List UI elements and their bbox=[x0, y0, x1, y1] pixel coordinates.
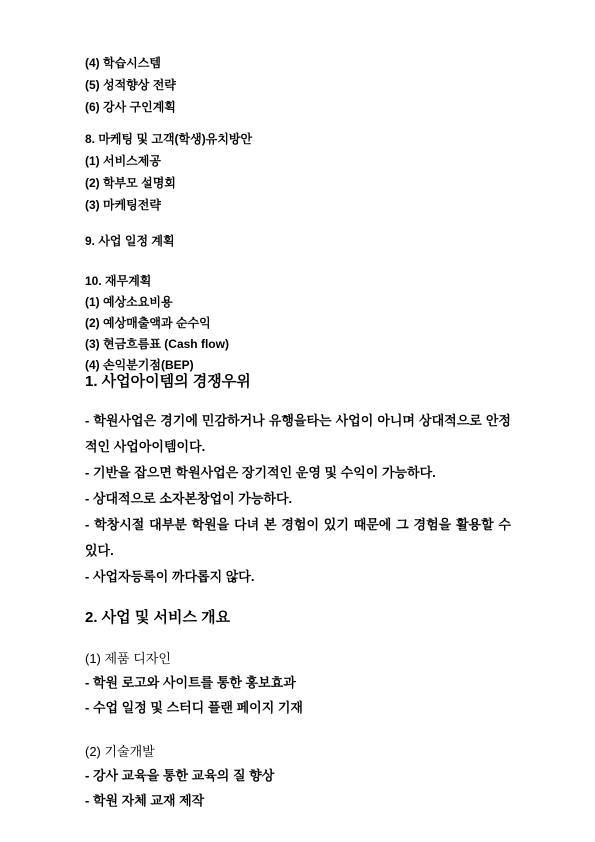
toc-section-10-heading: 10. 재무계획 bbox=[85, 270, 511, 292]
bullet-line: - 수업 일정 및 스터디 플랜 페이지 기재 bbox=[85, 695, 511, 720]
toc-section-8-heading: 8. 마케팅 및 고객(학생)유치방안 bbox=[85, 128, 511, 150]
toc-item: (2) 학부모 설명회 bbox=[85, 172, 511, 194]
bullet-line: - 학원 자체 교재 제작 bbox=[85, 788, 511, 813]
bullet-line: - 학창시절 대부분 학원을 다녀 본 경험이 있기 때문에 그 경험을 활용할… bbox=[85, 512, 511, 564]
toc-item: (1) 서비스제공 bbox=[85, 150, 511, 172]
toc-section-9-heading: 9. 사업 일정 계획 bbox=[85, 230, 511, 252]
toc-item: (2) 예상매출액과 순수익 bbox=[85, 313, 511, 334]
bullet-line: - 기반을 잡으면 학원사업은 장기적인 운영 및 수익이 가능하다. bbox=[85, 460, 511, 486]
section-1-heading: 1. 사업아이템의 경쟁우위 bbox=[85, 372, 511, 392]
subsection-1-bullets: - 학원 로고와 사이트를 통한 홍보효과 - 수업 일정 및 스터디 플랜 페… bbox=[85, 670, 511, 720]
section-2-heading: 2. 사업 및 서비스 개요 bbox=[85, 608, 511, 628]
bullet-line: - 사업자등록이 까다롭지 않다. bbox=[85, 564, 511, 590]
toc-outline: (4) 학습시스템 (5) 성적향상 전략 (6) 강사 구인계획 8. 마케팅… bbox=[85, 52, 511, 376]
document-page: (4) 학습시스템 (5) 성적향상 전략 (6) 강사 구인계획 8. 마케팅… bbox=[0, 0, 595, 842]
subsection-1-heading: (1) 제품 디자인 bbox=[85, 648, 511, 670]
bullet-line: - 상대적으로 소자본창업이 가능하다. bbox=[85, 486, 511, 512]
subsection-2-heading: (2) 기술개발 bbox=[85, 741, 511, 763]
bullet-line: - 강사 교육을 통한 교육의 질 향상 bbox=[85, 763, 511, 788]
section-1-bullets: - 학원사업은 경기에 민감하거나 유행을타는 사업이 아니며 상대적으로 안정… bbox=[85, 408, 511, 590]
toc-item: (1) 예상소요비용 bbox=[85, 292, 511, 313]
subsection-2-bullets: - 강사 교육을 통한 교육의 질 향상 - 학원 자체 교재 제작 bbox=[85, 763, 511, 813]
toc-item: (3) 현금흐름표 (Cash flow) bbox=[85, 334, 511, 355]
toc-item: (4) 학습시스템 bbox=[85, 52, 511, 74]
bullet-line: - 학원 로고와 사이트를 통한 홍보효과 bbox=[85, 670, 511, 695]
toc-item: (5) 성적향상 전략 bbox=[85, 74, 511, 96]
toc-item: (6) 강사 구인계획 bbox=[85, 96, 511, 118]
bullet-line: - 학원사업은 경기에 민감하거나 유행을타는 사업이 아니며 상대적으로 안정… bbox=[85, 408, 511, 460]
toc-item: (3) 마케팅전략 bbox=[85, 194, 511, 216]
